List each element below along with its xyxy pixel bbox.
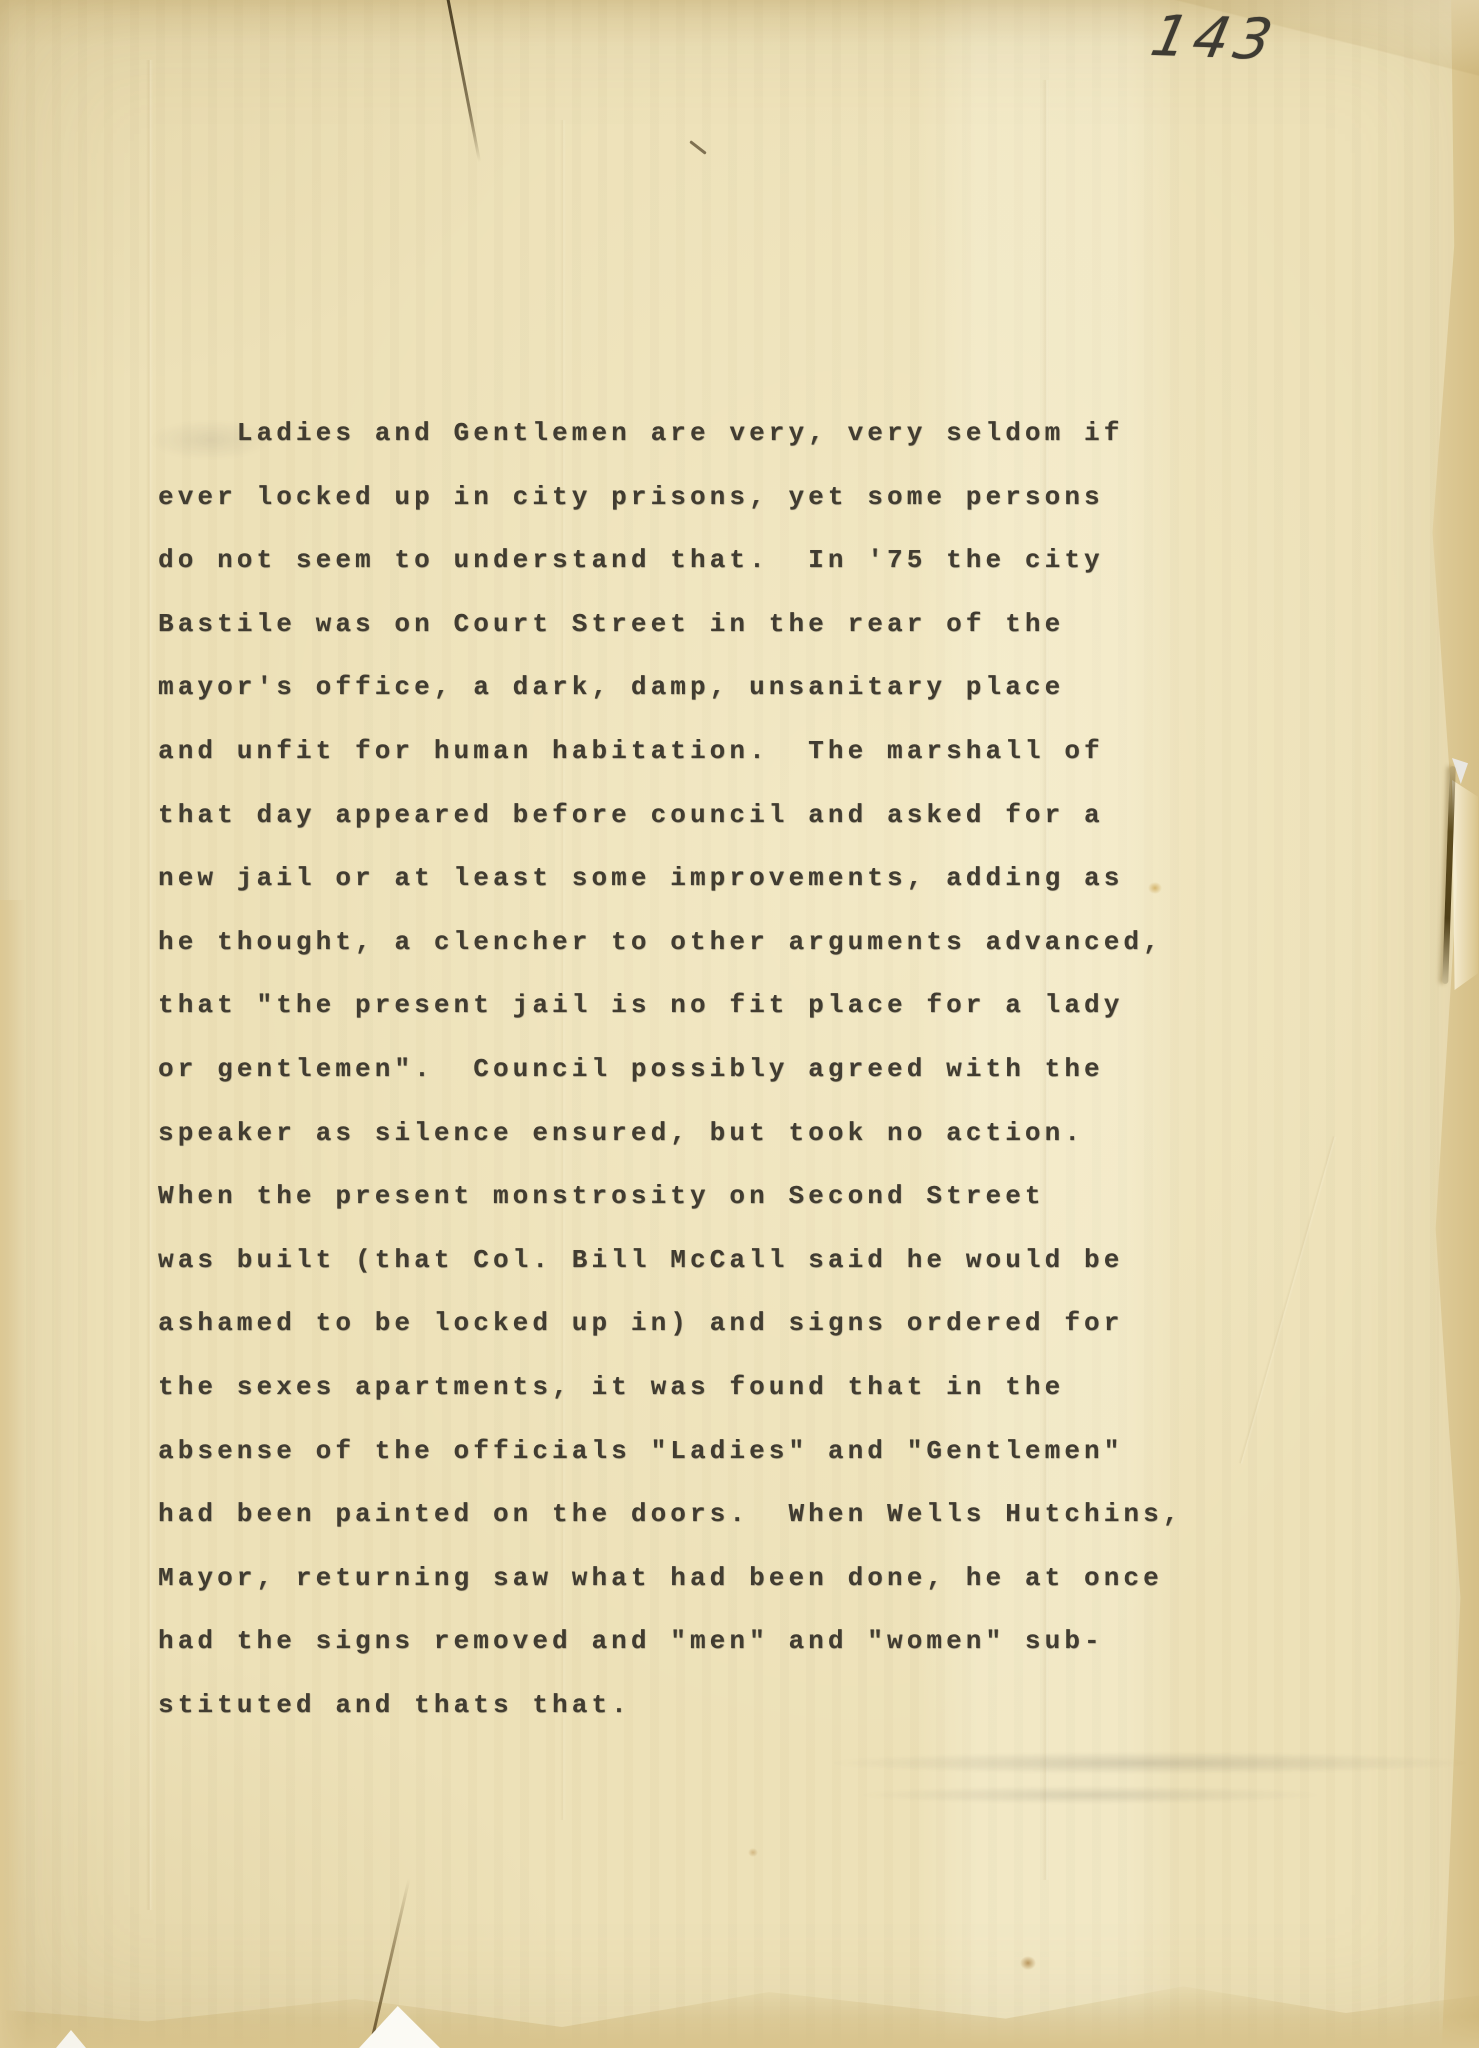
typed-line: and unfit for human habitation. The mars… [158, 720, 1218, 784]
stain-spot [748, 1848, 758, 1857]
typed-line: had the signs removed and "men" and "wom… [158, 1610, 1218, 1674]
typed-line: speaker as silence ensured, but took no … [158, 1102, 1218, 1166]
smudge-mark [830, 1752, 1470, 1774]
handwritten-page-number: 143 [1146, 4, 1284, 73]
typed-line: mayor's office, a dark, damp, unsanitary… [158, 656, 1218, 720]
typewritten-paragraph: Ladies and Gentlemen are very, very seld… [158, 402, 1218, 1737]
typed-line: When the present monstrosity on Second S… [158, 1165, 1218, 1229]
typed-line: or gentlemen". Council possibly agreed w… [158, 1038, 1218, 1102]
typed-line: ashamed to be locked up in) and signs or… [158, 1292, 1218, 1356]
typed-line: Ladies and Gentlemen are very, very seld… [158, 402, 1218, 466]
right-edge-tear-flap [1452, 780, 1478, 990]
typed-line: new jail or at least some improvements, … [158, 847, 1218, 911]
stain-spot [1020, 1956, 1036, 1970]
typed-line: Bastile was on Court Street in the rear … [158, 593, 1218, 657]
typed-line: he thought, a clencher to other argument… [158, 911, 1218, 975]
typed-line: the sexes apartments, it was found that … [158, 1356, 1218, 1420]
typed-line: that "the present jail is no fit place f… [158, 974, 1218, 1038]
typed-line: ever locked up in city prisons, yet some… [158, 466, 1218, 530]
typed-line: was built (that Col. Bill McCall said he… [158, 1229, 1218, 1293]
smudge-mark [860, 1786, 1320, 1804]
typed-line: had been painted on the doors. When Well… [158, 1483, 1218, 1547]
typed-line: stituted and thats that. [158, 1674, 1218, 1738]
vertical-crease [146, 60, 153, 1910]
typed-line: do not seem to understand that. In '75 t… [158, 529, 1218, 593]
typed-line: that day appeared before council and ask… [158, 784, 1218, 848]
scanned-manuscript-page: 143 Ladies and Gentlemen are very, very … [0, 0, 1479, 2048]
paper-left-edge [0, 900, 26, 2048]
typed-line: Mayor, returning saw what had been done,… [158, 1547, 1218, 1611]
typed-line: absense of the officials "Ladies" and "G… [158, 1420, 1218, 1484]
